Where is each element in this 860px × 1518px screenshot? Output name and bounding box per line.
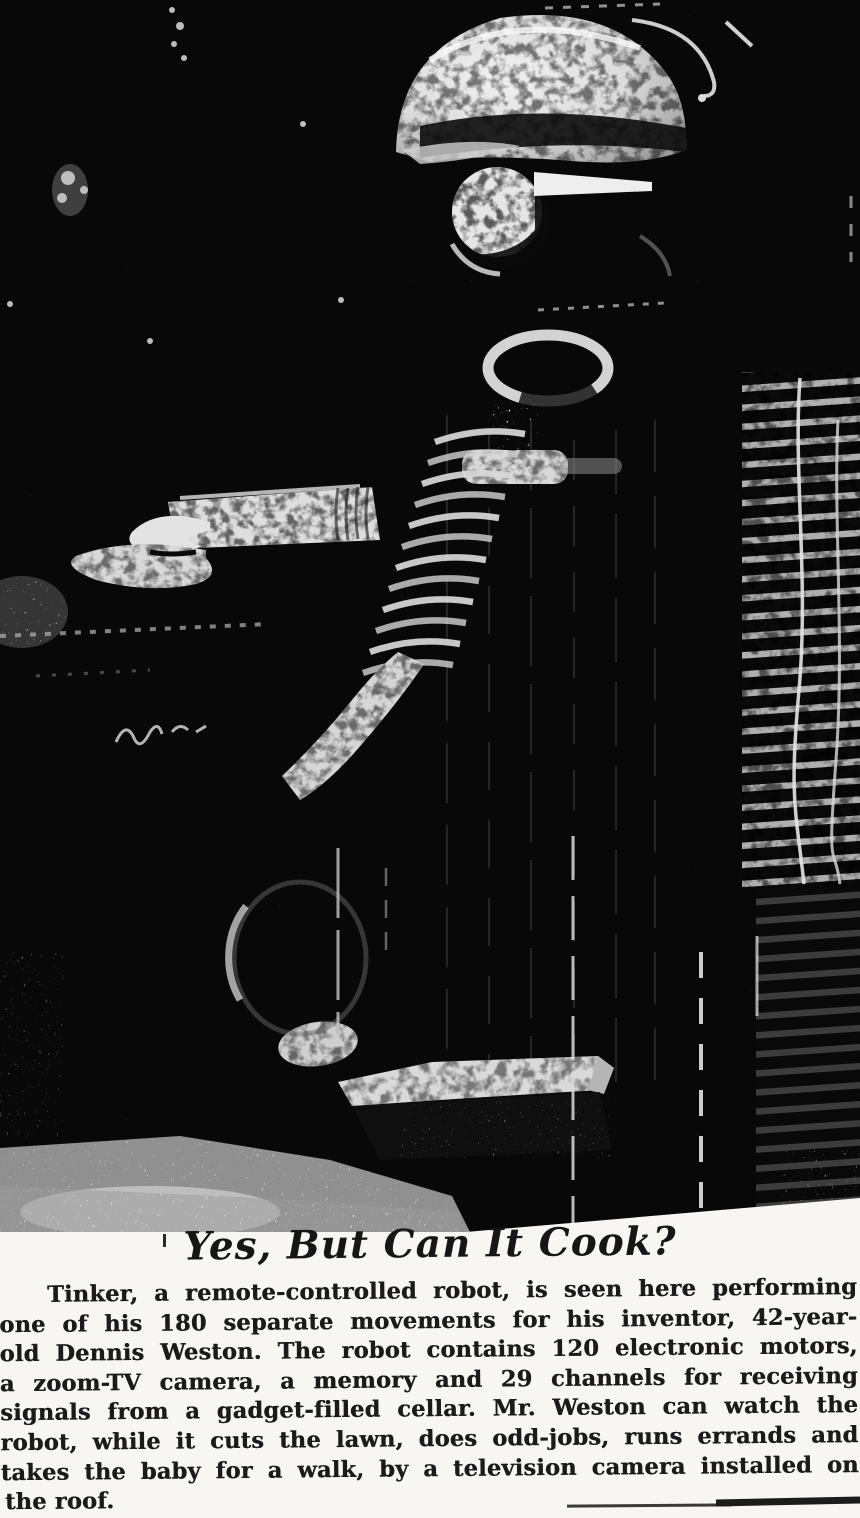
photo-background — [0, 0, 860, 1232]
photo-caption: Yes, But Can It Cook? Tinker, a remote-c… — [0, 1232, 860, 1518]
newspaper-clipping: Yes, But Can It Cook? Tinker, a remote-c… — [0, 0, 860, 1518]
caption-headline: Yes, But Can It Cook? — [0, 1219, 860, 1269]
robot-arm-extended — [168, 486, 380, 549]
window-blind — [742, 372, 860, 1208]
newspaper-photo — [0, 0, 860, 1232]
caption-body: Tinker, a remote-controlled robot, is se… — [0, 1273, 859, 1518]
